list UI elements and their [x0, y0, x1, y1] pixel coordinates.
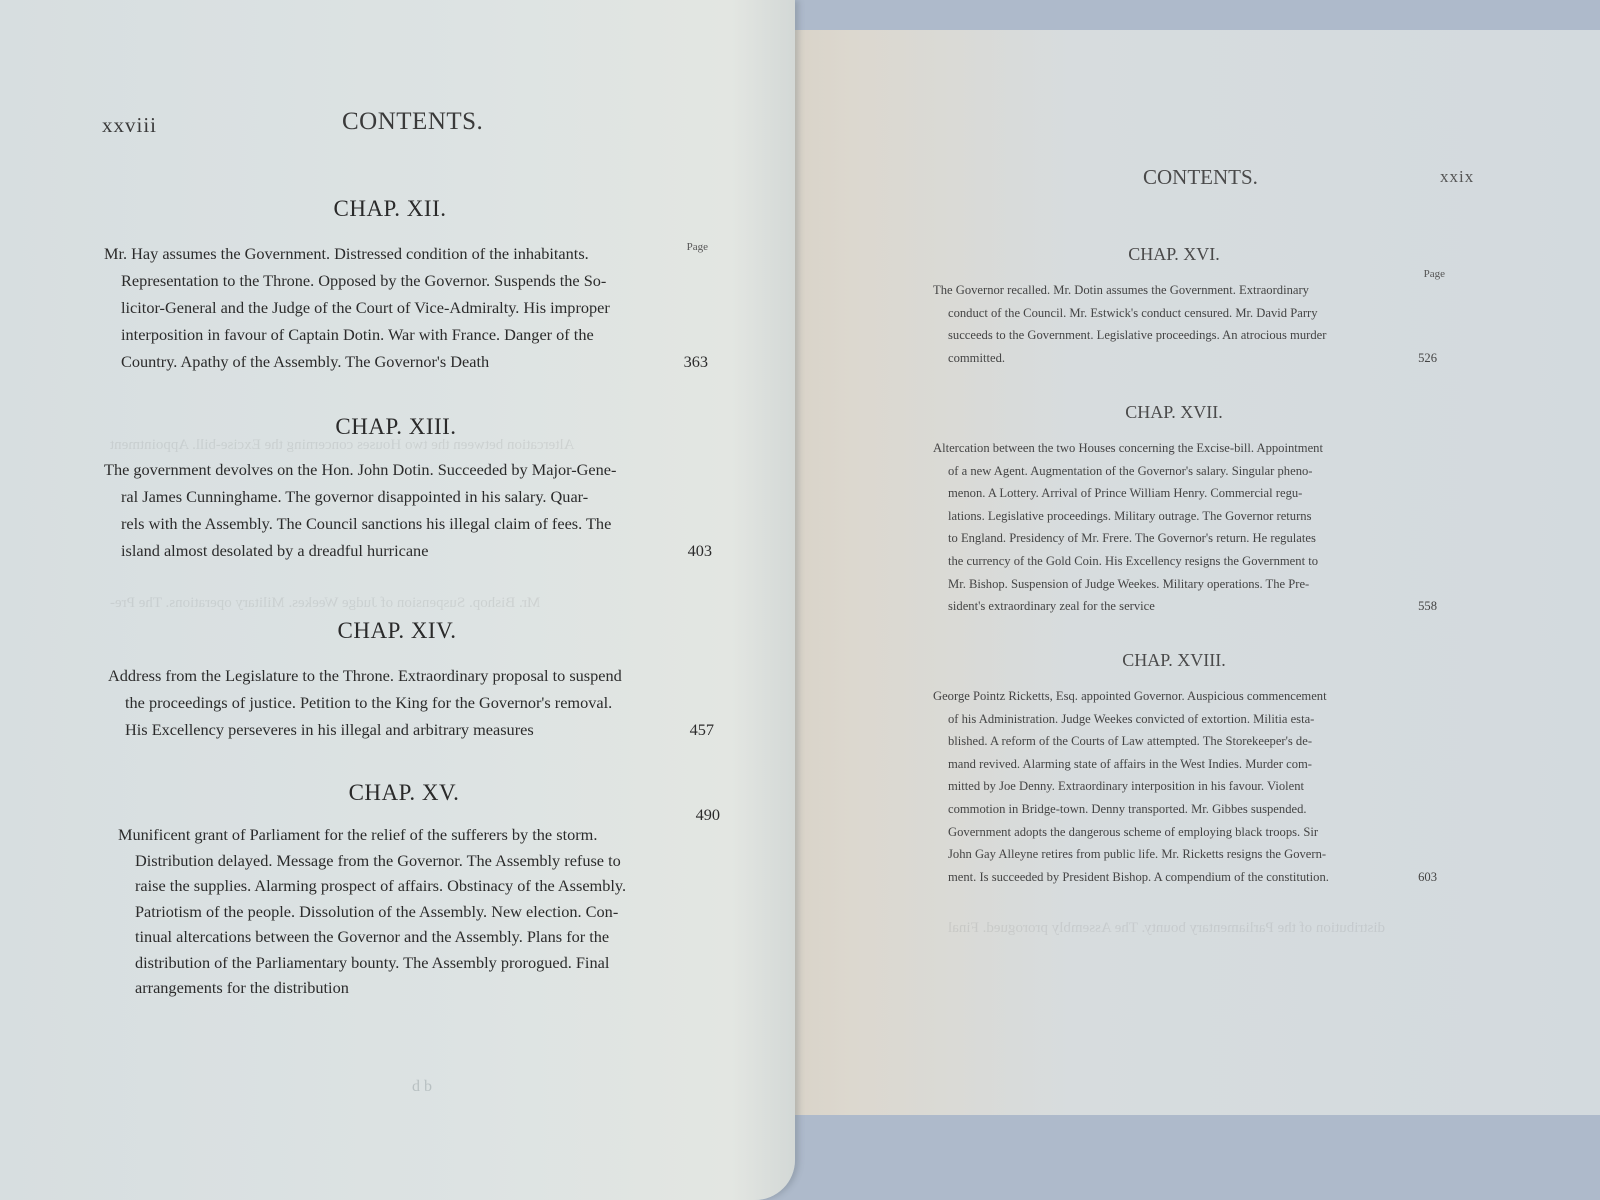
summary-line: licitor-General and the Judge of the Cou…: [104, 294, 676, 321]
summary-line: mitted by Joe Denny. Extraordinary inter…: [933, 775, 1415, 798]
summary-line: Patriotism of the people. Dissolution of…: [118, 899, 690, 925]
chapter-summary: Altercation between the two Houses conce…: [933, 437, 1415, 618]
summary-line: rels with the Assembly. The Council sanc…: [104, 510, 688, 537]
summary-line: Altercation between the two Houses conce…: [933, 437, 1415, 460]
chapter-summary: Mr. Hay assumes the Government. Distress…: [104, 240, 676, 375]
bleed-through-text: Mr. Bishop. Suspension of Judge Weekes. …: [110, 595, 540, 612]
page-folio: xxviii: [102, 113, 157, 138]
chapter-summary: The government devolves on the Hon. John…: [104, 456, 688, 564]
summary-line: ral James Cunninghame. The governor disa…: [104, 483, 688, 510]
chapter-xviii: CHAP. XVIII. George Pointz Ricketts, Esq…: [933, 650, 1415, 888]
summary-text: ment. Is succeeded by President Bishop. …: [948, 870, 1329, 884]
page-column-label: Page: [1424, 268, 1445, 280]
summary-text: Country. Apathy of the Assembly. The Gov…: [121, 352, 489, 371]
page-number: 603: [1418, 866, 1437, 889]
summary-line-with-leader: committed. 526: [933, 347, 1415, 370]
chapter-summary: George Pointz Ricketts, Esq. appointed G…: [933, 685, 1415, 888]
summary-line: commotion in Bridge-town. Denny transpor…: [933, 798, 1415, 821]
chapter-xiii: CHAP. XIII. The government devolves on t…: [104, 414, 688, 564]
chapter-summary: The Governor recalled. Mr. Dotin assumes…: [933, 279, 1415, 369]
printer-signature-mark: d b: [412, 1078, 432, 1096]
summary-line: blished. A reform of the Courts of Law a…: [933, 730, 1415, 753]
summary-line: conduct of the Council. Mr. Estwick's co…: [933, 302, 1415, 325]
chapter-heading: CHAP. XV.: [118, 780, 690, 806]
page-number: 490: [696, 802, 720, 828]
chapter-xii: CHAP. XII. Page Mr. Hay assumes the Gove…: [104, 196, 676, 375]
chapter-heading: CHAP. XIII.: [104, 414, 688, 440]
summary-line-with-leader: ment. Is succeeded by President Bishop. …: [933, 866, 1415, 889]
chapter-heading: CHAP. XVI.: [933, 244, 1415, 265]
summary-line: tinual altercations between the Governor…: [118, 924, 690, 950]
summary-line-with-leader: sident's extraordinary zeal for the serv…: [933, 595, 1415, 618]
chapter-xvi: CHAP. XVI. Page The Governor recalled. M…: [933, 244, 1415, 369]
chapter-xvii: CHAP. XVII. Altercation between the two …: [933, 402, 1415, 618]
chapter-xv: CHAP. XV. Munificent grant of Parliament…: [118, 780, 690, 1001]
summary-line: The Governor recalled. Mr. Dotin assumes…: [933, 279, 1415, 302]
page-number: 457: [690, 716, 714, 743]
chapter-heading: CHAP. XVIII.: [933, 650, 1415, 671]
chapter-xiv: CHAP. XIV. Address from the Legislature …: [108, 618, 686, 743]
left-page: xxviii CONTENTS. Altercation between the…: [0, 0, 795, 1200]
page-folio: xxix: [1440, 167, 1474, 187]
summary-line: Mr. Hay assumes the Government. Distress…: [104, 240, 676, 267]
running-title: CONTENTS.: [1143, 165, 1258, 190]
running-title: CONTENTS.: [342, 108, 483, 136]
summary-text: island almost desolated by a dreadful hu…: [121, 541, 428, 560]
chapter-heading: CHAP. XVII.: [933, 402, 1415, 423]
page-number: 558: [1418, 595, 1437, 618]
summary-text: sident's extraordinary zeal for the serv…: [948, 599, 1155, 613]
summary-line: menon. A Lottery. Arrival of Prince Will…: [933, 482, 1415, 505]
chapter-summary: Munificent grant of Parliament for the r…: [118, 822, 690, 1001]
summary-line: mand revived. Alarming state of affairs …: [933, 753, 1415, 776]
summary-line: Mr. Bishop. Suspension of Judge Weekes. …: [933, 573, 1415, 596]
summary-line: of his Administration. Judge Weekes conv…: [933, 708, 1415, 731]
summary-line: George Pointz Ricketts, Esq. appointed G…: [933, 685, 1415, 708]
summary-line-with-leader: arrangements for the distribution 490: [118, 975, 690, 1001]
summary-line: Address from the Legislature to the Thro…: [108, 662, 686, 689]
summary-line: the proceedings of justice. Petition to …: [108, 689, 686, 716]
summary-line: interposition in favour of Captain Dotin…: [104, 321, 676, 348]
summary-line-with-leader: His Excellency perseveres in his illegal…: [108, 716, 686, 743]
summary-line: lations. Legislative proceedings. Milita…: [933, 505, 1415, 528]
page-number: 403: [688, 537, 712, 564]
summary-line: distribution of the Parliamentary bounty…: [118, 950, 690, 976]
summary-text: His Excellency perseveres in his illegal…: [125, 720, 534, 739]
summary-line: Government adopts the dangerous scheme o…: [933, 821, 1415, 844]
summary-line: The government devolves on the Hon. John…: [104, 456, 688, 483]
summary-line: Representation to the Throne. Opposed by…: [104, 267, 676, 294]
summary-line: to England. Presidency of Mr. Frere. The…: [933, 527, 1415, 550]
page-number: 363: [684, 348, 708, 375]
summary-line: Munificent grant of Parliament for the r…: [118, 822, 690, 848]
page-column-label: Page: [687, 241, 708, 253]
chapter-summary: Address from the Legislature to the Thro…: [108, 662, 686, 743]
summary-line: raise the supplies. Alarming prospect of…: [118, 873, 690, 899]
summary-line: John Gay Alleyne retires from public lif…: [933, 843, 1415, 866]
right-page: CONTENTS. xxix CHAP. XVI. Page The Gover…: [788, 30, 1600, 1115]
summary-line: the currency of the Gold Coin. His Excel…: [933, 550, 1415, 573]
summary-line: succeeds to the Government. Legislative …: [933, 324, 1415, 347]
bleed-through-text: distribution of the Parliamentary bounty…: [948, 920, 1385, 937]
summary-line: of a new Agent. Augmentation of the Gove…: [933, 460, 1415, 483]
summary-line: Distribution delayed. Message from the G…: [118, 848, 690, 874]
page-number: 526: [1418, 347, 1437, 370]
chapter-heading: CHAP. XIV.: [108, 618, 686, 644]
summary-line-with-leader: island almost desolated by a dreadful hu…: [104, 537, 688, 564]
summary-line-with-leader: Country. Apathy of the Assembly. The Gov…: [104, 348, 676, 375]
summary-text: arrangements for the distribution: [135, 978, 349, 997]
summary-text: committed.: [948, 351, 1005, 365]
chapter-heading: CHAP. XII.: [104, 196, 676, 222]
